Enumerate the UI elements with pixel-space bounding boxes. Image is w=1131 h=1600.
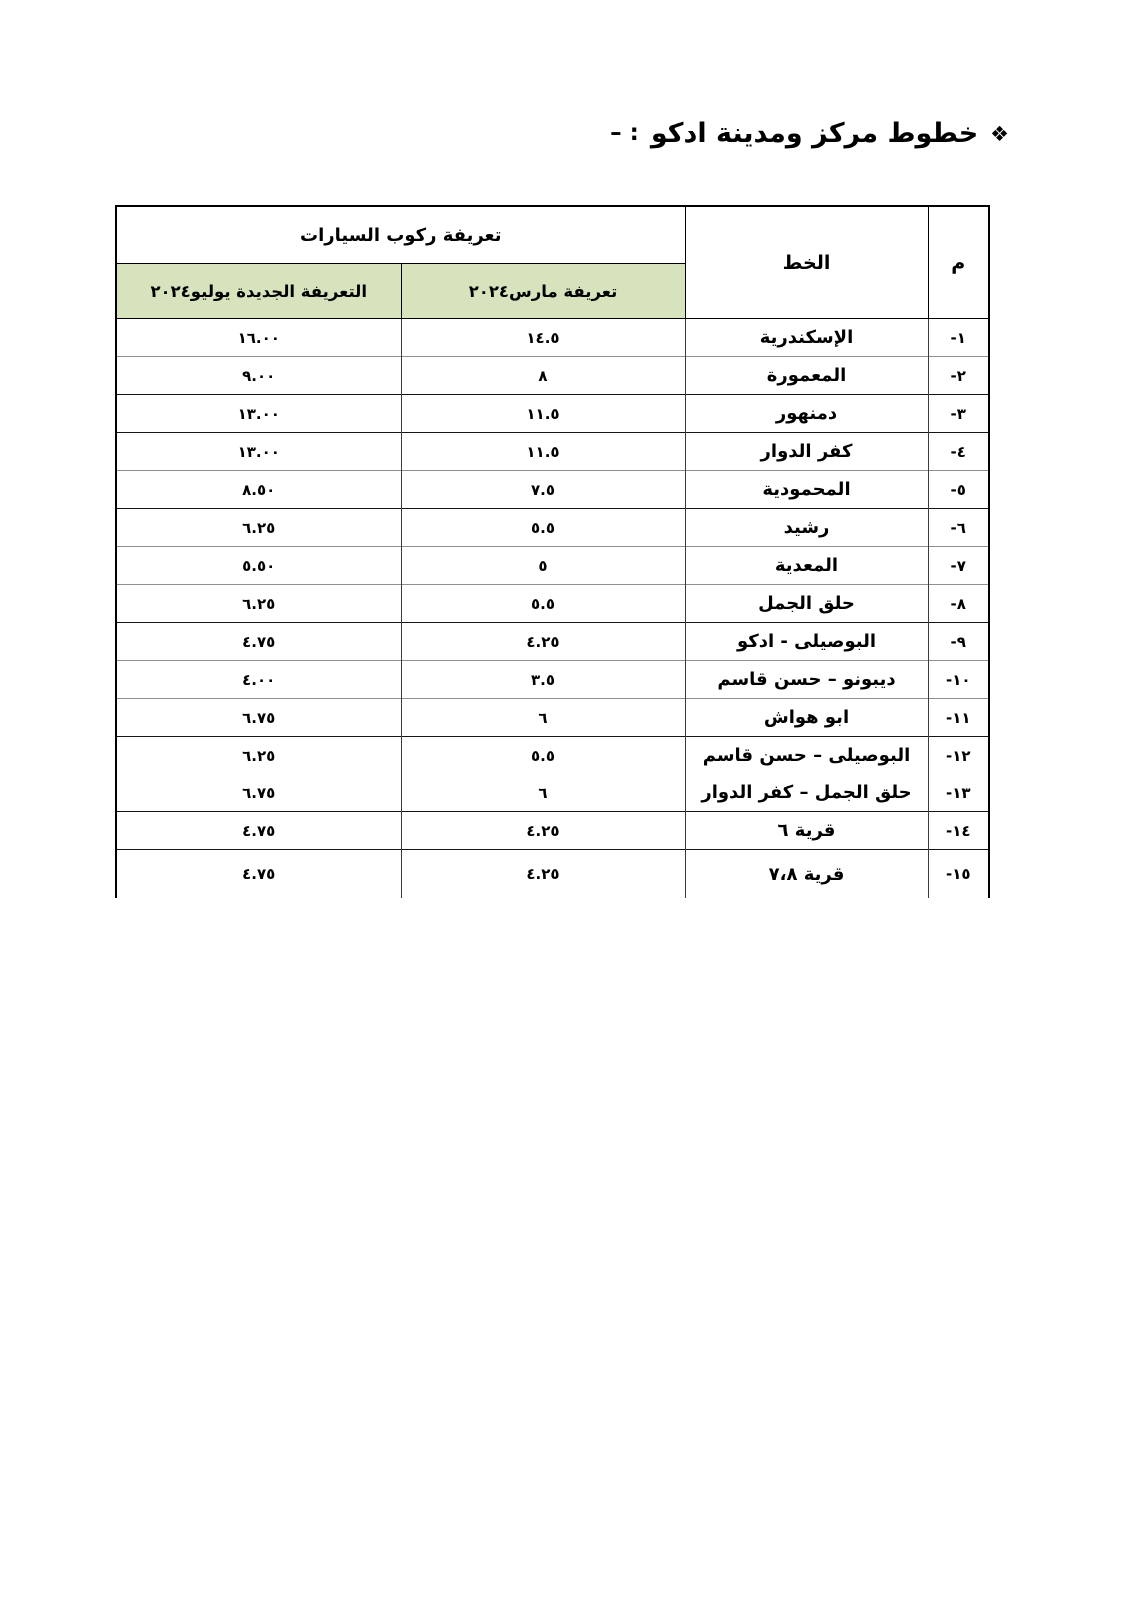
table-header: م الخط تعريفة ركوب السيارات تعريفة مارس٢…	[116, 206, 989, 319]
table-row: ١٠-ديبونو – حسن قاسم٣.٥٤.٠٠	[116, 661, 989, 699]
section-title: ❖ خطوط مركز ومدينة ادكو : –	[610, 118, 1009, 150]
march-tariff-cell: ٥.٥	[401, 737, 685, 775]
line-name-cell: رشيد	[685, 509, 928, 547]
july-tariff-cell: ٦.٧٥	[116, 699, 401, 737]
july-tariff-cell: ٦.٧٥	[116, 774, 401, 812]
march-tariff-cell: ١٤.٥	[401, 319, 685, 357]
diamond-bullet-icon: ❖	[990, 124, 1009, 145]
march-tariff-cell: ٦	[401, 774, 685, 812]
march-tariff-cell: ٧.٥	[401, 471, 685, 509]
column-header-july-2024: التعريفة الجديدة يوليو٢٠٢٤	[116, 264, 401, 319]
column-header-march-2024: تعريفة مارس٢٠٢٤	[401, 264, 685, 319]
march-tariff-cell: ٥.٥	[401, 585, 685, 623]
row-number-cell: ٥-	[928, 471, 989, 509]
july-tariff-cell: ٦.٢٥	[116, 585, 401, 623]
march-tariff-cell: ٨	[401, 357, 685, 395]
march-tariff-cell: ١١.٥	[401, 433, 685, 471]
line-name-cell: قرية ٦	[685, 812, 928, 850]
row-number-cell: ٤-	[928, 433, 989, 471]
row-number-cell: ١٠-	[928, 661, 989, 699]
table-row: ١٤-قرية ٦٤.٢٥٤.٧٥	[116, 812, 989, 850]
table-row: ١-الإسكندرية١٤.٥١٦.٠٠	[116, 319, 989, 357]
line-name-cell: حلق الجمل – كفر الدوار	[685, 774, 928, 812]
table-row: ٧-المعدية٥٥.٥٠	[116, 547, 989, 585]
july-tariff-cell: ٦.٢٥	[116, 509, 401, 547]
july-tariff-cell: ٤.٧٥	[116, 850, 401, 899]
table-row: ١٣-حلق الجمل – كفر الدوار٦٦.٧٥	[116, 774, 989, 812]
july-tariff-cell: ٩.٠٠	[116, 357, 401, 395]
table-row: ٢-المعمورة٨٩.٠٠	[116, 357, 989, 395]
table-row: ٣-دمنهور١١.٥١٣.٠٠	[116, 395, 989, 433]
table-row: ٥-المحمودية٧.٥٨.٥٠	[116, 471, 989, 509]
column-header-line: الخط	[685, 206, 928, 319]
march-tariff-cell: ٤.٢٥	[401, 812, 685, 850]
row-number-cell: ١٣-	[928, 774, 989, 812]
line-name-cell: قرية ٧،٨	[685, 850, 928, 899]
header-row-group: م الخط تعريفة ركوب السيارات	[116, 206, 989, 264]
july-tariff-cell: ١٣.٠٠	[116, 395, 401, 433]
row-number-cell: ٧-	[928, 547, 989, 585]
table-row: ٩-البوصيلى - ادكو٤.٢٥٤.٧٥	[116, 623, 989, 661]
line-name-cell: الإسكندرية	[685, 319, 928, 357]
march-tariff-cell: ٥.٥	[401, 509, 685, 547]
line-name-cell: المعدية	[685, 547, 928, 585]
line-name-cell: البوصيلى – حسن قاسم	[685, 737, 928, 775]
column-header-serial: م	[928, 206, 989, 319]
row-number-cell: ٦-	[928, 509, 989, 547]
section-title-text: خطوط مركز ومدينة ادكو	[651, 118, 978, 150]
row-number-cell: ٢-	[928, 357, 989, 395]
table-body: ١-الإسكندرية١٤.٥١٦.٠٠٢-المعمورة٨٩.٠٠٣-دم…	[116, 319, 989, 899]
july-tariff-cell: ١٦.٠٠	[116, 319, 401, 357]
line-name-cell: المحمودية	[685, 471, 928, 509]
march-tariff-cell: ٣.٥	[401, 661, 685, 699]
line-name-cell: ابو هواش	[685, 699, 928, 737]
march-tariff-cell: ٤.٢٥	[401, 623, 685, 661]
row-number-cell: ١١-	[928, 699, 989, 737]
row-number-cell: ٩-	[928, 623, 989, 661]
july-tariff-cell: ٤.٧٥	[116, 623, 401, 661]
table-row: ٦-رشيد٥.٥٦.٢٥	[116, 509, 989, 547]
table-row: ٤-كفر الدوار١١.٥١٣.٠٠	[116, 433, 989, 471]
column-header-tariff-group: تعريفة ركوب السيارات	[116, 206, 685, 264]
row-number-cell: ٣-	[928, 395, 989, 433]
tariff-table: م الخط تعريفة ركوب السيارات تعريفة مارس٢…	[115, 205, 990, 898]
line-name-cell: حلق الجمل	[685, 585, 928, 623]
july-tariff-cell: ١٣.٠٠	[116, 433, 401, 471]
line-name-cell: البوصيلى - ادكو	[685, 623, 928, 661]
row-number-cell: ١٢-	[928, 737, 989, 775]
line-name-cell: كفر الدوار	[685, 433, 928, 471]
row-number-cell: ٨-	[928, 585, 989, 623]
line-name-cell: ديبونو – حسن قاسم	[685, 661, 928, 699]
july-tariff-cell: ٨.٥٠	[116, 471, 401, 509]
line-name-cell: المعمورة	[685, 357, 928, 395]
table-row: ١١-ابو هواش٦٦.٧٥	[116, 699, 989, 737]
july-tariff-cell: ٤.٧٥	[116, 812, 401, 850]
table-row: ٨-حلق الجمل٥.٥٦.٢٥	[116, 585, 989, 623]
march-tariff-cell: ٤.٢٥	[401, 850, 685, 899]
july-tariff-cell: ٥.٥٠	[116, 547, 401, 585]
july-tariff-cell: ٦.٢٥	[116, 737, 401, 775]
document-page: ❖ خطوط مركز ومدينة ادكو : – م الخط تعريف…	[0, 0, 1131, 1600]
line-name-cell: دمنهور	[685, 395, 928, 433]
row-number-cell: ١٤-	[928, 812, 989, 850]
table-row: ١٢-البوصيلى – حسن قاسم٥.٥٦.٢٥	[116, 737, 989, 775]
row-number-cell: ١٥-	[928, 850, 989, 899]
july-tariff-cell: ٤.٠٠	[116, 661, 401, 699]
section-title-suffix: : –	[610, 120, 639, 148]
march-tariff-cell: ٥	[401, 547, 685, 585]
march-tariff-cell: ١١.٥	[401, 395, 685, 433]
table-row: ١٥-قرية ٧،٨٤.٢٥٤.٧٥	[116, 850, 989, 899]
row-number-cell: ١-	[928, 319, 989, 357]
march-tariff-cell: ٦	[401, 699, 685, 737]
